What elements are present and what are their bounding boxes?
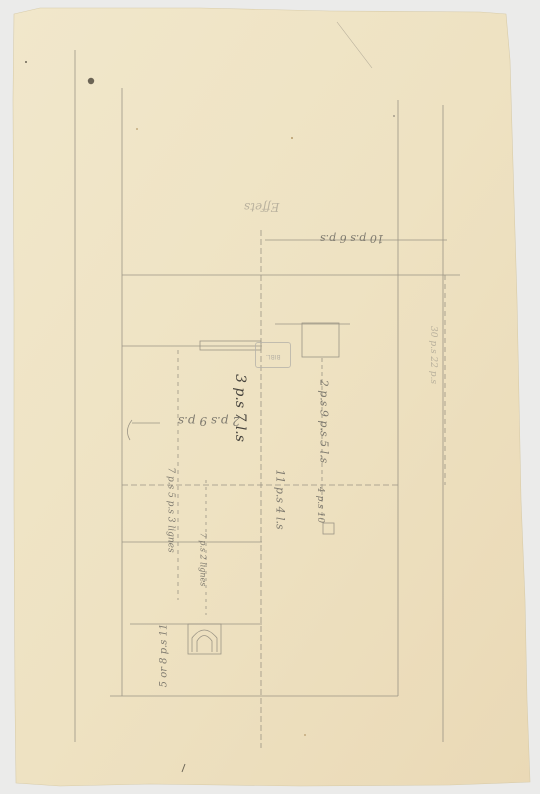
library-stamp: BIBL. xyxy=(255,342,291,368)
annotation-lower-left-dimension-1: 7 p.s 5 p.s 3 lignes xyxy=(166,467,176,552)
annotation-top-faint: Effets xyxy=(244,200,279,214)
annotation-right-square-dimension: 2 p.s 9 p.s 5 l.s xyxy=(317,380,330,464)
annotation-lower-left-dimension-2: 7 p.s 2 lignes xyxy=(198,533,207,587)
annotation-center-left-dimension: 2 p.s 9 p.s xyxy=(178,414,240,428)
drawing-sheet: BIBL. Effets 10 p.s 6 p.s 30 p.s 22 p.s … xyxy=(0,0,540,794)
paper-and-linework xyxy=(0,0,540,794)
annotation-center-dimension: 3 p.s 7 l.s xyxy=(232,374,248,442)
annotation-lower-square-label: 4 p.s 10 xyxy=(315,487,325,523)
annotation-right-dimension: 30 p.s 22 p.s xyxy=(428,326,438,384)
annotation-lower-center-dimension: 11 p.s 4 l.s xyxy=(274,469,287,529)
ink-blot xyxy=(88,78,94,84)
annotation-bottom-left-dimension: 5 or 8 p.s 11 xyxy=(158,624,169,688)
annotation-top-dimension: 10 p.s 6 p.s xyxy=(320,232,384,245)
paper xyxy=(13,8,530,786)
